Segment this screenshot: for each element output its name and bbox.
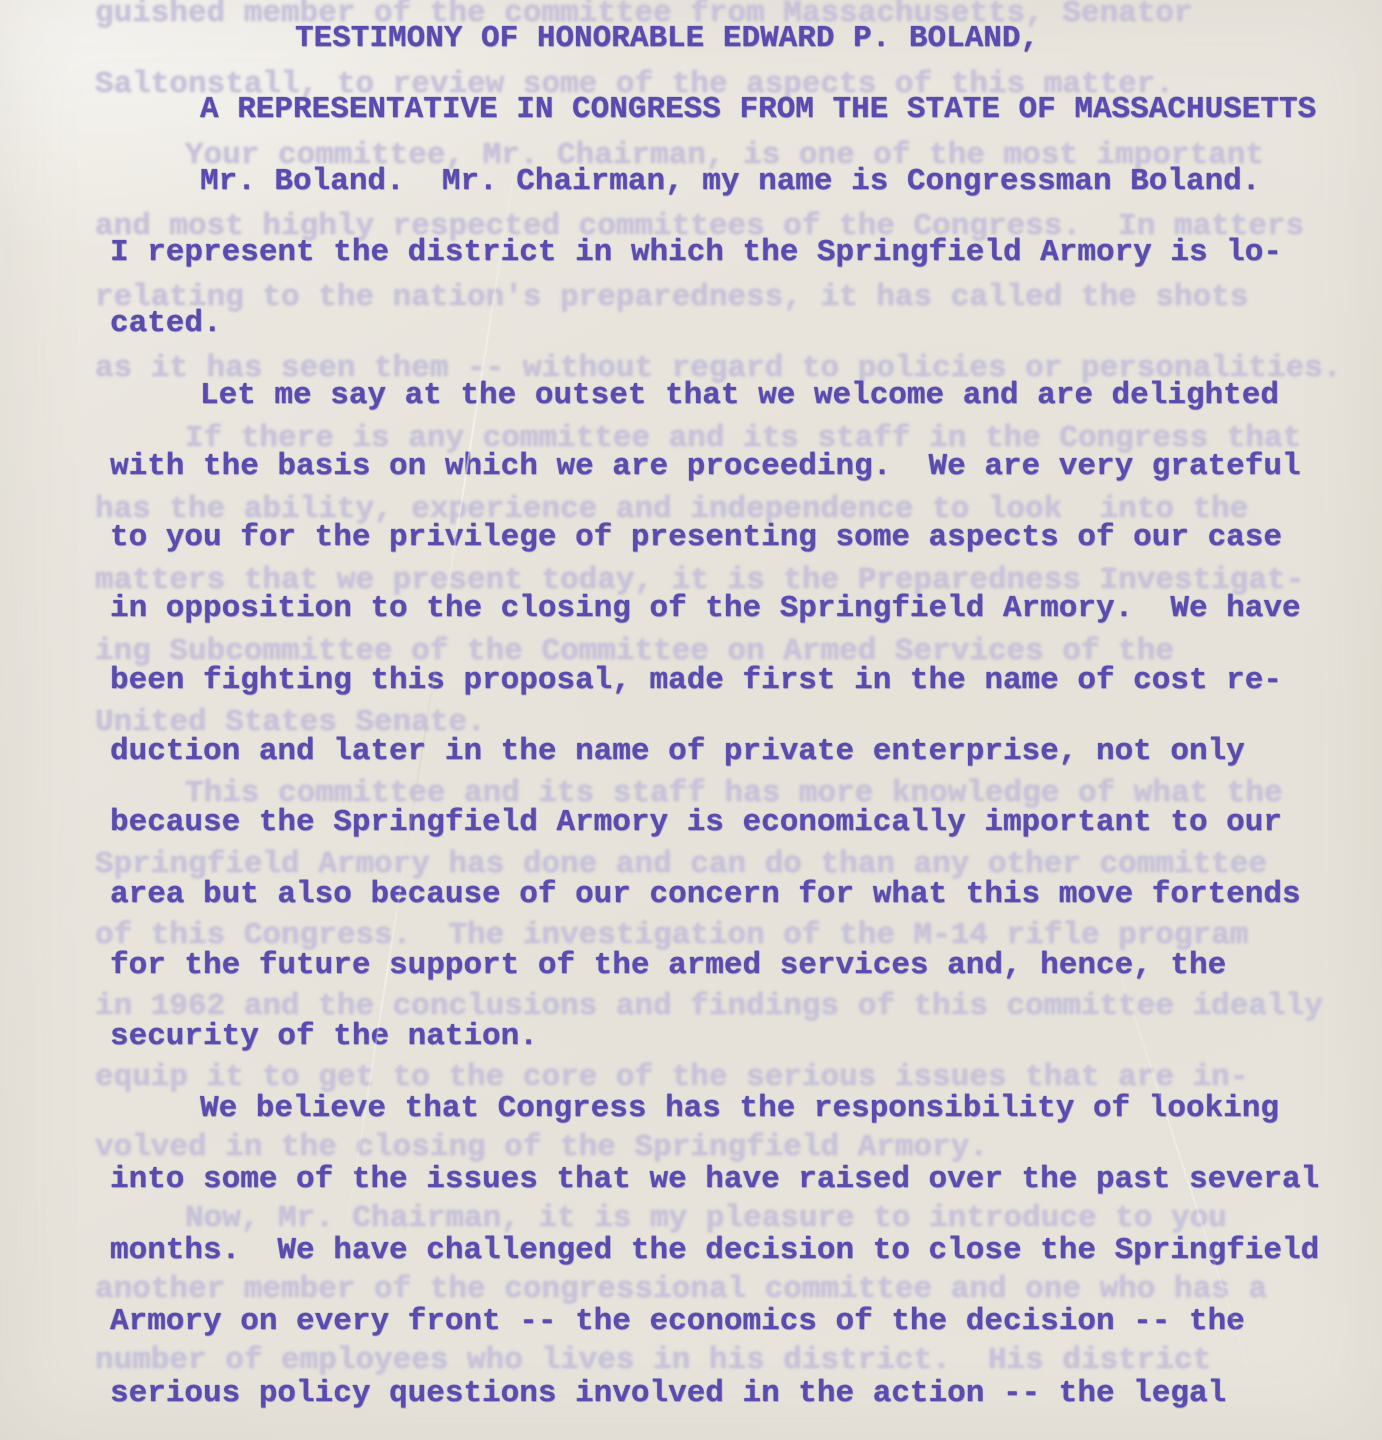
ghost-text-line: Now, Mr. Chairman, it is my pleasure to …	[185, 1203, 1227, 1234]
ghost-text-line: of this Congress. The investigation of t…	[95, 920, 1248, 951]
typed-text-line: A REPRESENTATIVE IN CONGRESS FROM THE ST…	[200, 94, 1316, 125]
typed-text-line: to you for the privilege of presenting s…	[110, 522, 1282, 553]
typed-text-line: into some of the issues that we have rai…	[110, 1164, 1319, 1195]
ghost-text-line: equip it to get to the core of the serio…	[95, 1062, 1248, 1093]
ghost-text-line: This committee and its staff has more kn…	[185, 778, 1283, 809]
typed-text-line: in opposition to the closing of the Spri…	[110, 593, 1301, 624]
typed-text-line: Let me say at the outset that we welcome…	[200, 380, 1279, 411]
ghost-text-line: relating to the nation's preparedness, i…	[95, 282, 1248, 313]
typed-text-line: because the Springfield Armory is econom…	[110, 807, 1282, 838]
typed-text-line: area but also because of our concern for…	[110, 879, 1301, 910]
typed-text-line: duction and later in the name of private…	[110, 736, 1245, 767]
typed-text-line: TESTIMONY OF HONORABLE EDWARD P. BOLAND,	[295, 23, 1039, 54]
typed-text-line: Armory on every front -- the economics o…	[110, 1306, 1245, 1337]
ghost-text-line: Springfield Armory has done and can do t…	[95, 849, 1267, 880]
typed-text-line: Mr. Boland. Mr. Chairman, my name is Con…	[200, 166, 1260, 197]
scanned-document: guished member of the committee from Mas…	[0, 0, 1382, 1440]
typed-text-line: months. We have challenged the decision …	[110, 1235, 1319, 1266]
typed-text-line: security of the nation.	[110, 1021, 538, 1052]
ghost-text-line: in 1962 and the conclusions and findings…	[95, 991, 1323, 1022]
typed-text-line: I represent the district in which the Sp…	[110, 237, 1282, 268]
typed-text-line: We believe that Congress has the respons…	[200, 1093, 1279, 1124]
ghost-text-line: number of employees who lives in his dis…	[95, 1345, 1211, 1376]
ghost-text-line: another member of the congressional comm…	[95, 1274, 1267, 1305]
typed-text-line: serious policy questions involved in the…	[110, 1378, 1226, 1409]
typed-text-line: cated.	[110, 308, 222, 339]
document-page: guished member of the committee from Mas…	[0, 0, 1382, 1440]
typed-text-line: with the basis on which we are proceedin…	[110, 451, 1301, 482]
typed-text-line: been fighting this proposal, made first …	[110, 665, 1282, 696]
typed-text-line: for the future support of the armed serv…	[110, 950, 1226, 981]
ghost-text-line: volved in the closing of the Springfield…	[95, 1132, 988, 1163]
